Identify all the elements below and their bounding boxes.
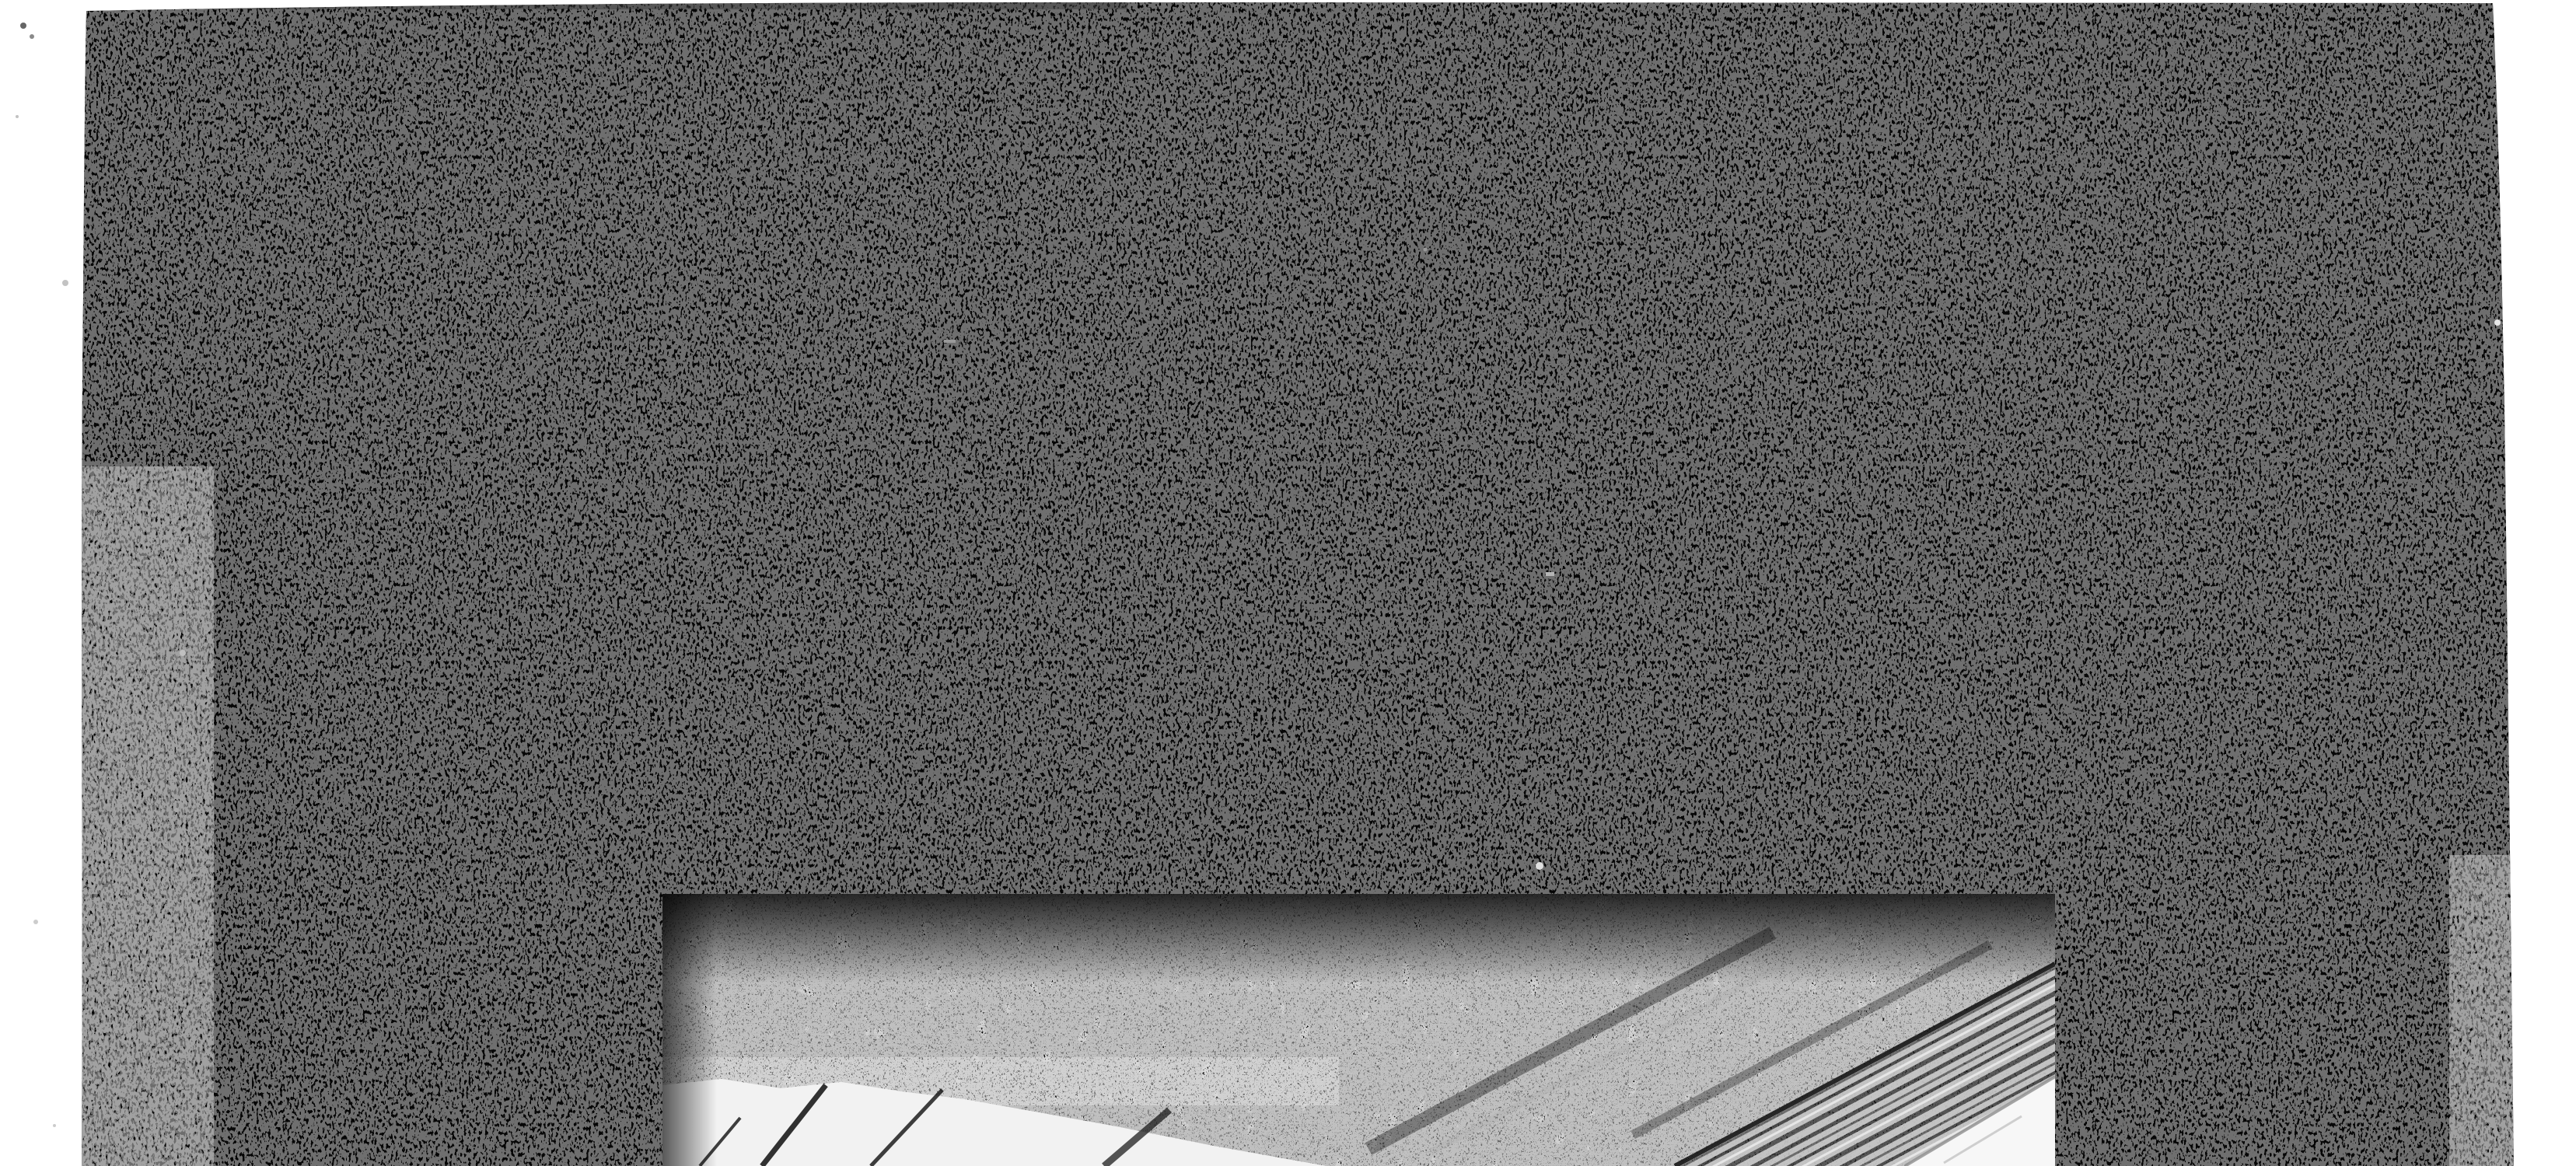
- film-speck: [1546, 572, 1554, 576]
- tabletop-region: [662, 894, 2068, 1166]
- film-speck: [174, 808, 179, 812]
- halftone-photograph: Severely underexposed scanned halftone p…: [0, 0, 2576, 1166]
- margin-mark: [62, 280, 68, 286]
- texture-top-fade: [662, 894, 2055, 983]
- film-speck: [2494, 319, 2501, 326]
- margin-mark: [20, 23, 26, 29]
- film-speck: [2490, 976, 2494, 980]
- film-speck: [1025, 410, 1029, 414]
- film-speck: [125, 740, 130, 745]
- film-speck: [180, 650, 186, 656]
- margin-mark: [30, 34, 34, 39]
- film-speck: [1424, 248, 1428, 252]
- film-speck: [171, 578, 176, 582]
- film-speck: [2506, 1143, 2510, 1147]
- right-edge-grain: [2449, 855, 2514, 1166]
- film-speck: [2498, 1044, 2502, 1048]
- scanned-page: Severely underexposed scanned halftone p…: [0, 0, 2576, 1166]
- film-speck: [2484, 1109, 2489, 1114]
- film-speck: [143, 275, 148, 280]
- film-speck: [1536, 862, 1543, 870]
- film-speck: [1431, 490, 1435, 494]
- film-speck: [127, 766, 131, 770]
- film-speck: [106, 806, 110, 811]
- film-speck: [173, 409, 177, 412]
- margin-mark: [16, 115, 19, 118]
- left-edge-grain: [82, 466, 214, 1166]
- film-speck: [2304, 241, 2309, 246]
- texture-left-fade: [662, 894, 717, 1166]
- margin-mark: [33, 920, 38, 924]
- film-speck: [944, 340, 956, 343]
- margin-mark: [53, 1124, 56, 1127]
- photo-canvas: [0, 0, 2576, 1166]
